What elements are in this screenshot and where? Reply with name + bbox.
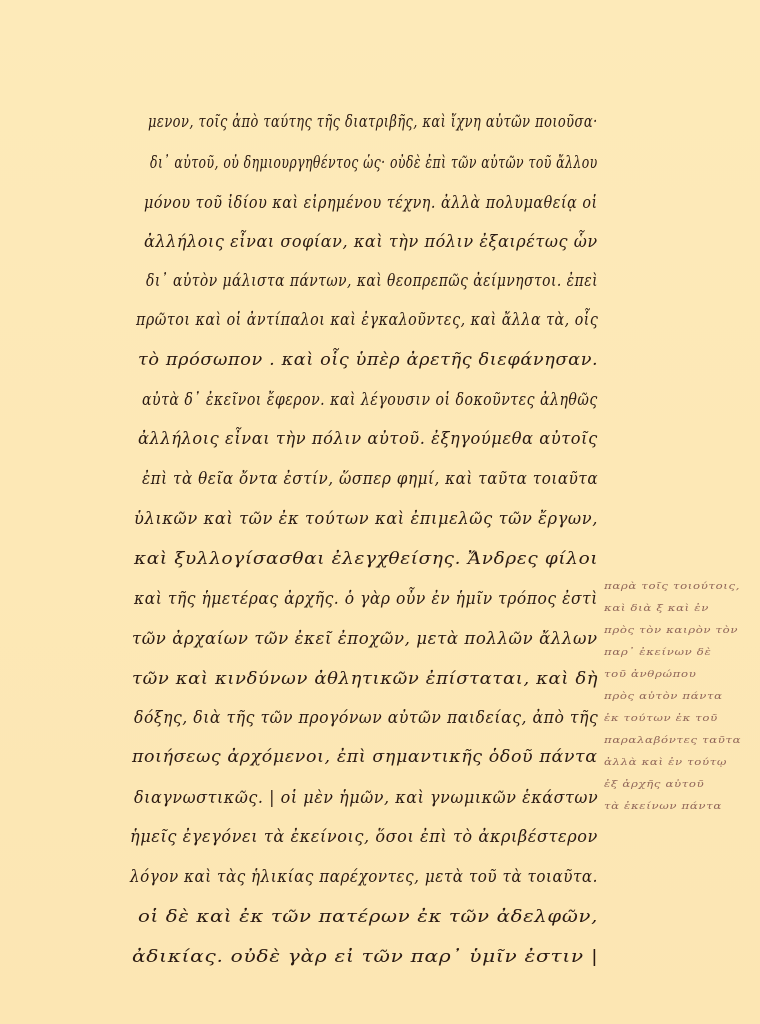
manuscript-line: δι᾽ αὐτὸν μάλιστα πάντων, καὶ θεοπρεπῶς … xyxy=(146,271,598,291)
manuscript-line: λόγον καὶ τὰς ἡλικίας παρέχοντες, μετὰ τ… xyxy=(130,867,598,887)
margin-note-line: τὰ ἐκείνων πάντα xyxy=(604,802,722,812)
manuscript-line: ἀδικίας. οὐδὲ γὰρ εἰ τῶν παρ᾽ ὑμῖν ἐστιν… xyxy=(132,947,598,967)
manuscript-line: τῶν ἀρχαίων τῶν ἐκεῖ ἐποχῶν, μετὰ πολλῶν… xyxy=(132,629,598,649)
margin-note-line: ἐξ ἀρχῆς αὐτοῦ xyxy=(604,780,704,790)
manuscript-line: δόξης, διὰ τῆς τῶν προγόνων αὐτῶν παιδεί… xyxy=(134,708,598,728)
manuscript-line: δι᾽ αὐτοῦ, οὐ δημιουργηθέντος ὡς· οὐδὲ ἐ… xyxy=(150,153,598,173)
manuscript-line: τὸ πρόσωπον . καὶ οἷς ὑπὲρ ἀρετῆς διεφάν… xyxy=(138,350,598,370)
manuscript-line: τῶν καὶ κινδύνων ἀθλητικῶν ἐπίσταται, κα… xyxy=(132,669,598,689)
margin-note-line: ἐκ τούτων ἐκ τοῦ xyxy=(604,714,718,724)
margin-note-line: καὶ διὰ ξ καὶ ἐν xyxy=(604,604,709,614)
manuscript-line: καὶ ξυλλογίσασθαι ἐλεγχθείσης. Ἄνδρες φί… xyxy=(134,549,598,569)
margin-note-line: παρ᾽ ἐκείνων δὲ xyxy=(604,648,711,658)
margin-note-line: παρὰ τοῖς τοιούτοις, xyxy=(604,582,740,592)
margin-note-line: παραλαβόντες ταῦτα xyxy=(604,736,741,746)
margin-note-line: πρὸς αὐτὸν πάντα xyxy=(604,692,723,702)
margin-note-line: τοῦ ἀνθρώπου xyxy=(604,670,696,680)
manuscript-line: καὶ τῆς ἡμετέρας ἀρχῆς. ὁ γὰρ οὖν ἐν ἡμῖ… xyxy=(134,589,598,609)
manuscript-line: ἀλλήλοις εἶναι σοφίαν, καὶ τὴν πόλιν ἐξα… xyxy=(144,232,598,252)
manuscript-line: ἐπὶ τὰ θεῖα ὄντα ἐστίν, ὥσπερ φημί, καὶ … xyxy=(142,469,598,489)
manuscript-line: πρῶτοι καὶ οἱ ἀντίπαλοι καὶ ἐγκαλοῦντες,… xyxy=(136,310,598,330)
manuscript-line: ὑλικῶν καὶ τῶν ἐκ τούτων καὶ ἐπιμελῶς τῶ… xyxy=(134,509,598,529)
manuscript-line: μόνου τοῦ ἰδίου καὶ εἰρημένου τέχνη. ἀλλ… xyxy=(144,193,598,213)
margin-note-line: ἀλλὰ καὶ ἐν τούτῳ xyxy=(604,758,727,768)
manuscript-line: οἱ δὲ καὶ ἐκ τῶν πατέρων ἐκ τῶν ἀδελφῶν, xyxy=(138,907,598,927)
manuscript-page: μενον, τοῖς ἀπὸ ταύτης τῆς διατριβῆς, κα… xyxy=(0,0,760,1024)
manuscript-line: διαγνωστικῶς. | οἱ μὲν ἡμῶν, καὶ γνωμικῶ… xyxy=(134,788,598,808)
manuscript-line: ἀλλήλοις εἶναι τὴν πόλιν αὐτοῦ. ἐξηγούμε… xyxy=(138,429,598,449)
manuscript-line: μενον, τοῖς ἀπὸ ταύτης τῆς διατριβῆς, κα… xyxy=(148,112,598,132)
manuscript-line: αὐτὰ δ᾽ ἐκεῖνοι ἔφερον. καὶ λέγουσιν οἱ … xyxy=(142,390,598,410)
manuscript-line: ἡμεῖς ἐγεγόνει τὰ ἐκείνοις, ὅσοι ἐπὶ τὸ … xyxy=(130,827,598,847)
margin-note-line: πρὸς τὸν καιρὸν τὸν xyxy=(604,626,738,636)
manuscript-line: ποιήσεως ἀρχόμενοι, ἐπὶ σημαντικῆς ὁδοῦ … xyxy=(132,747,598,767)
